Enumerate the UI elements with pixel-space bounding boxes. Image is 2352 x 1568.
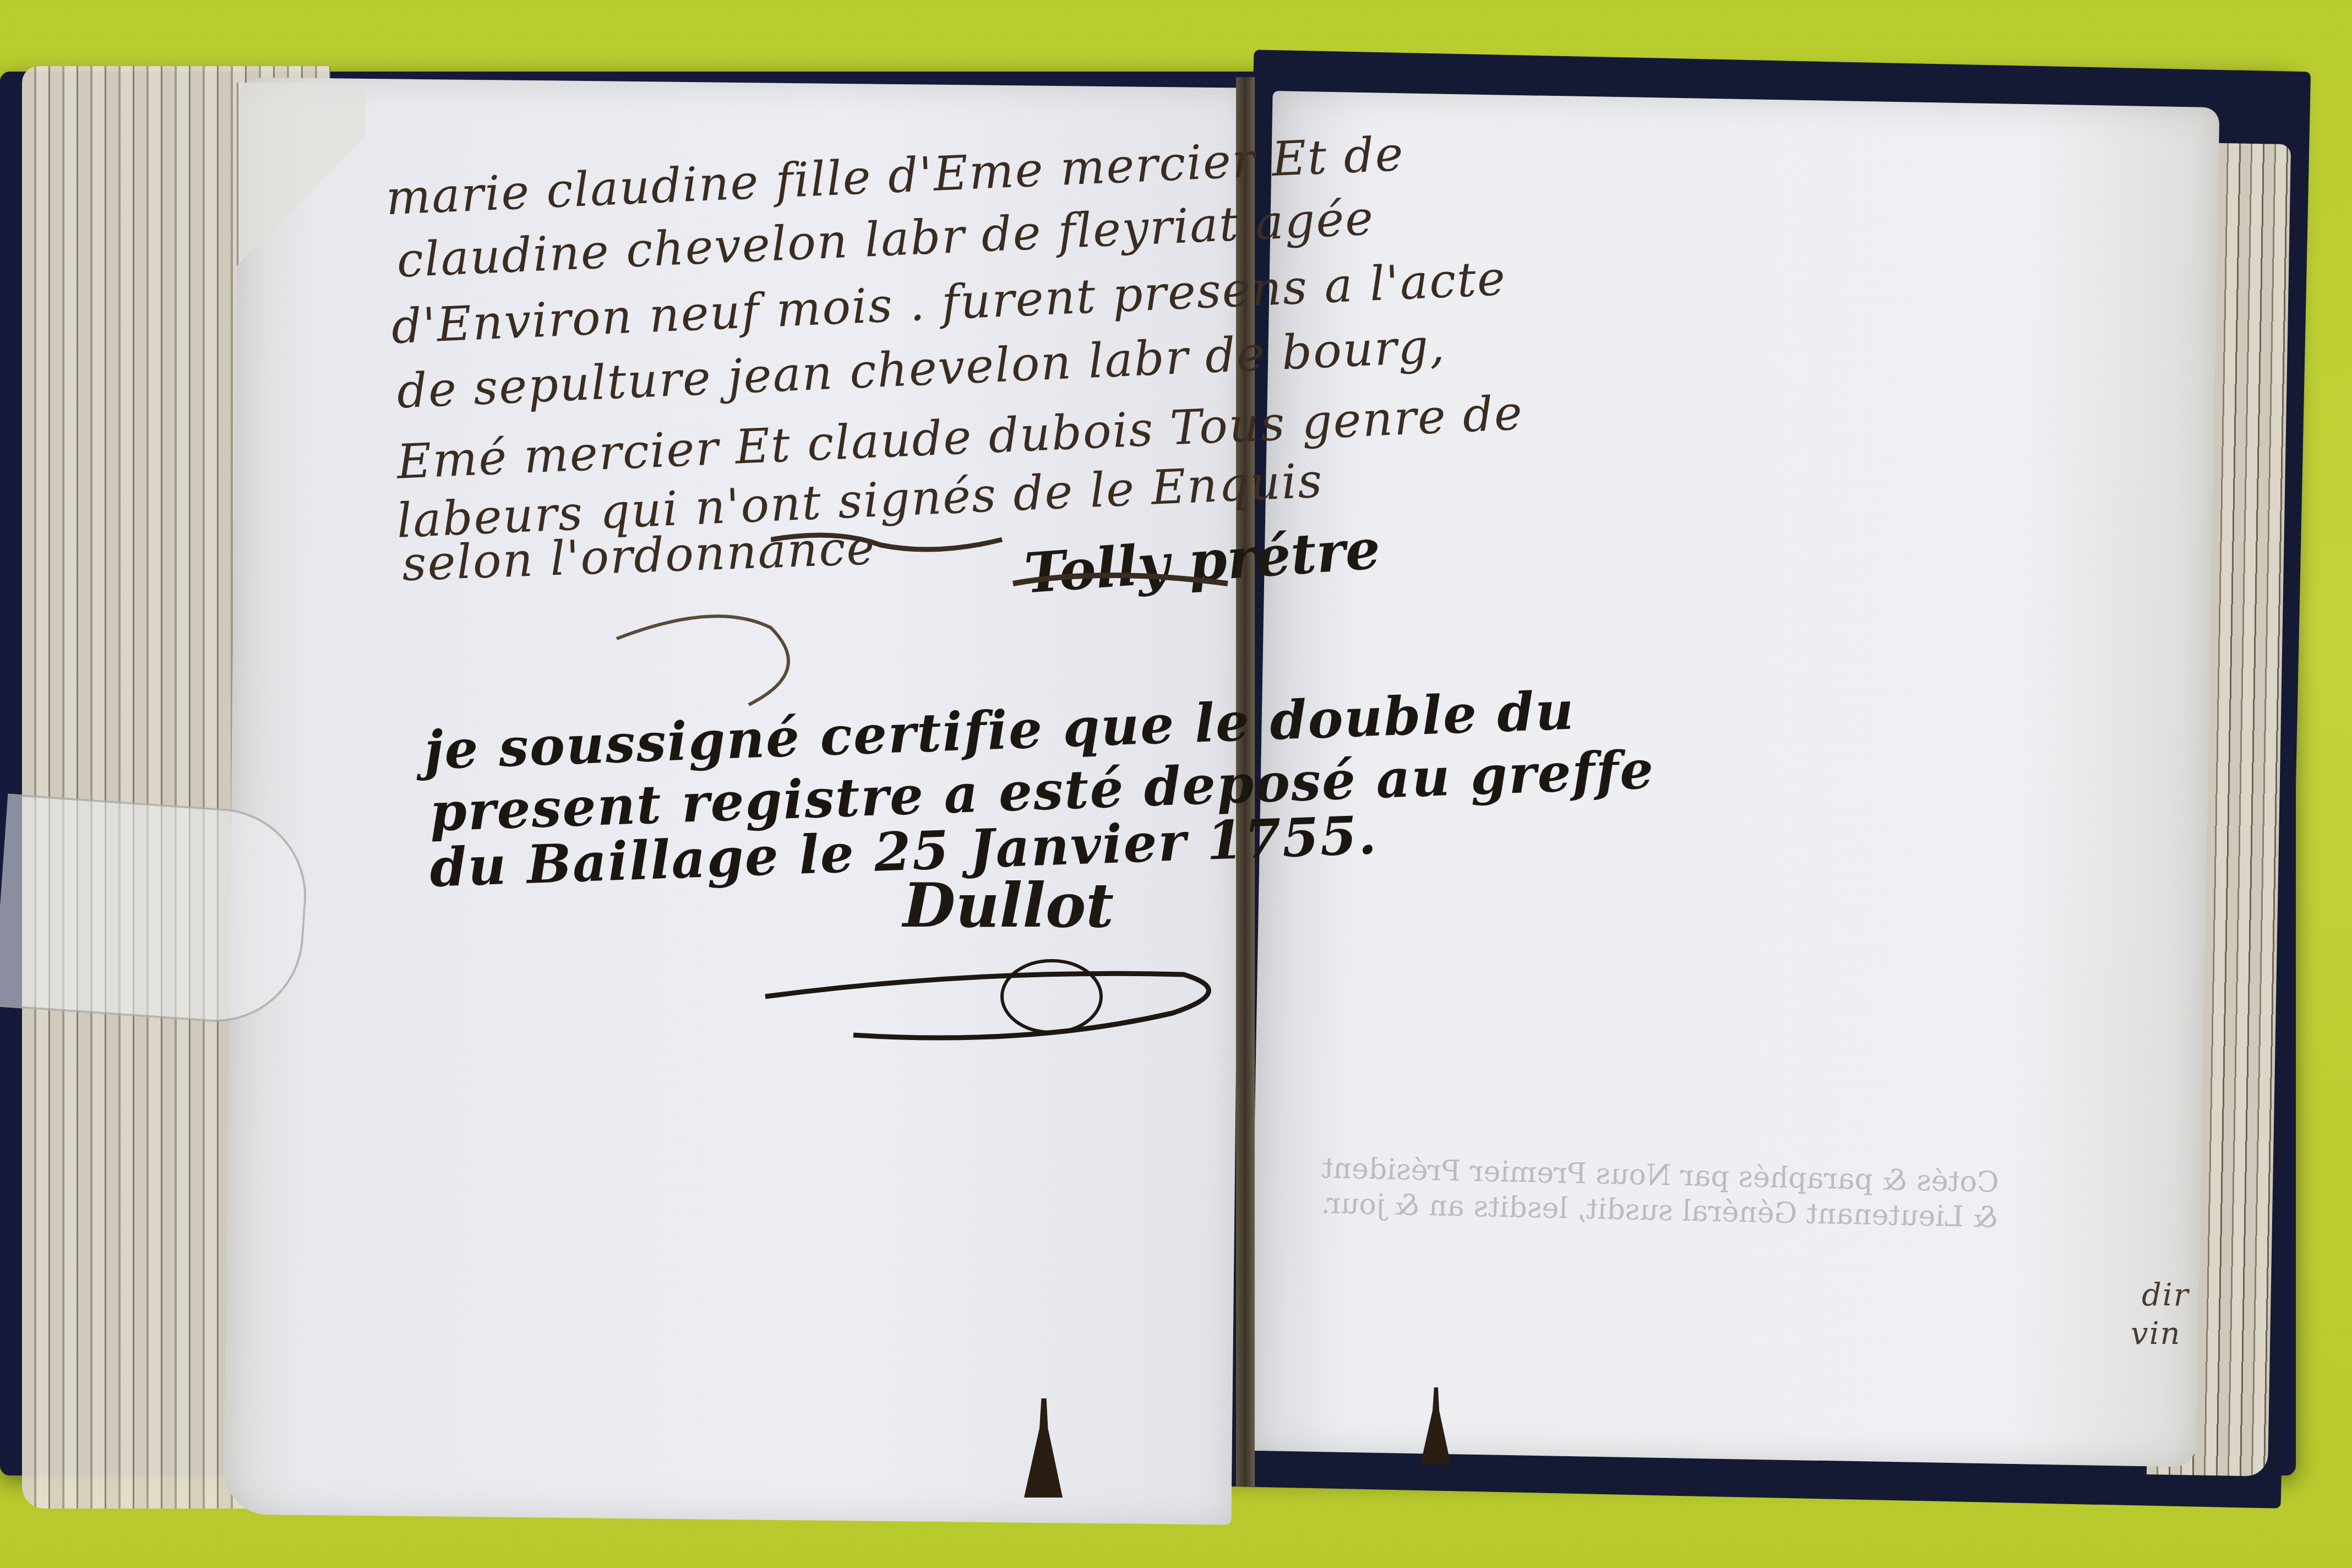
margin-fragment: vin [2131, 1316, 2181, 1352]
separator-flourish [606, 595, 881, 716]
signature-flourish [771, 507, 1239, 606]
margin-fragment: dir [2142, 1277, 2190, 1313]
plastic-page-clip [0, 793, 312, 1028]
clerk-paraph [754, 914, 1250, 1046]
